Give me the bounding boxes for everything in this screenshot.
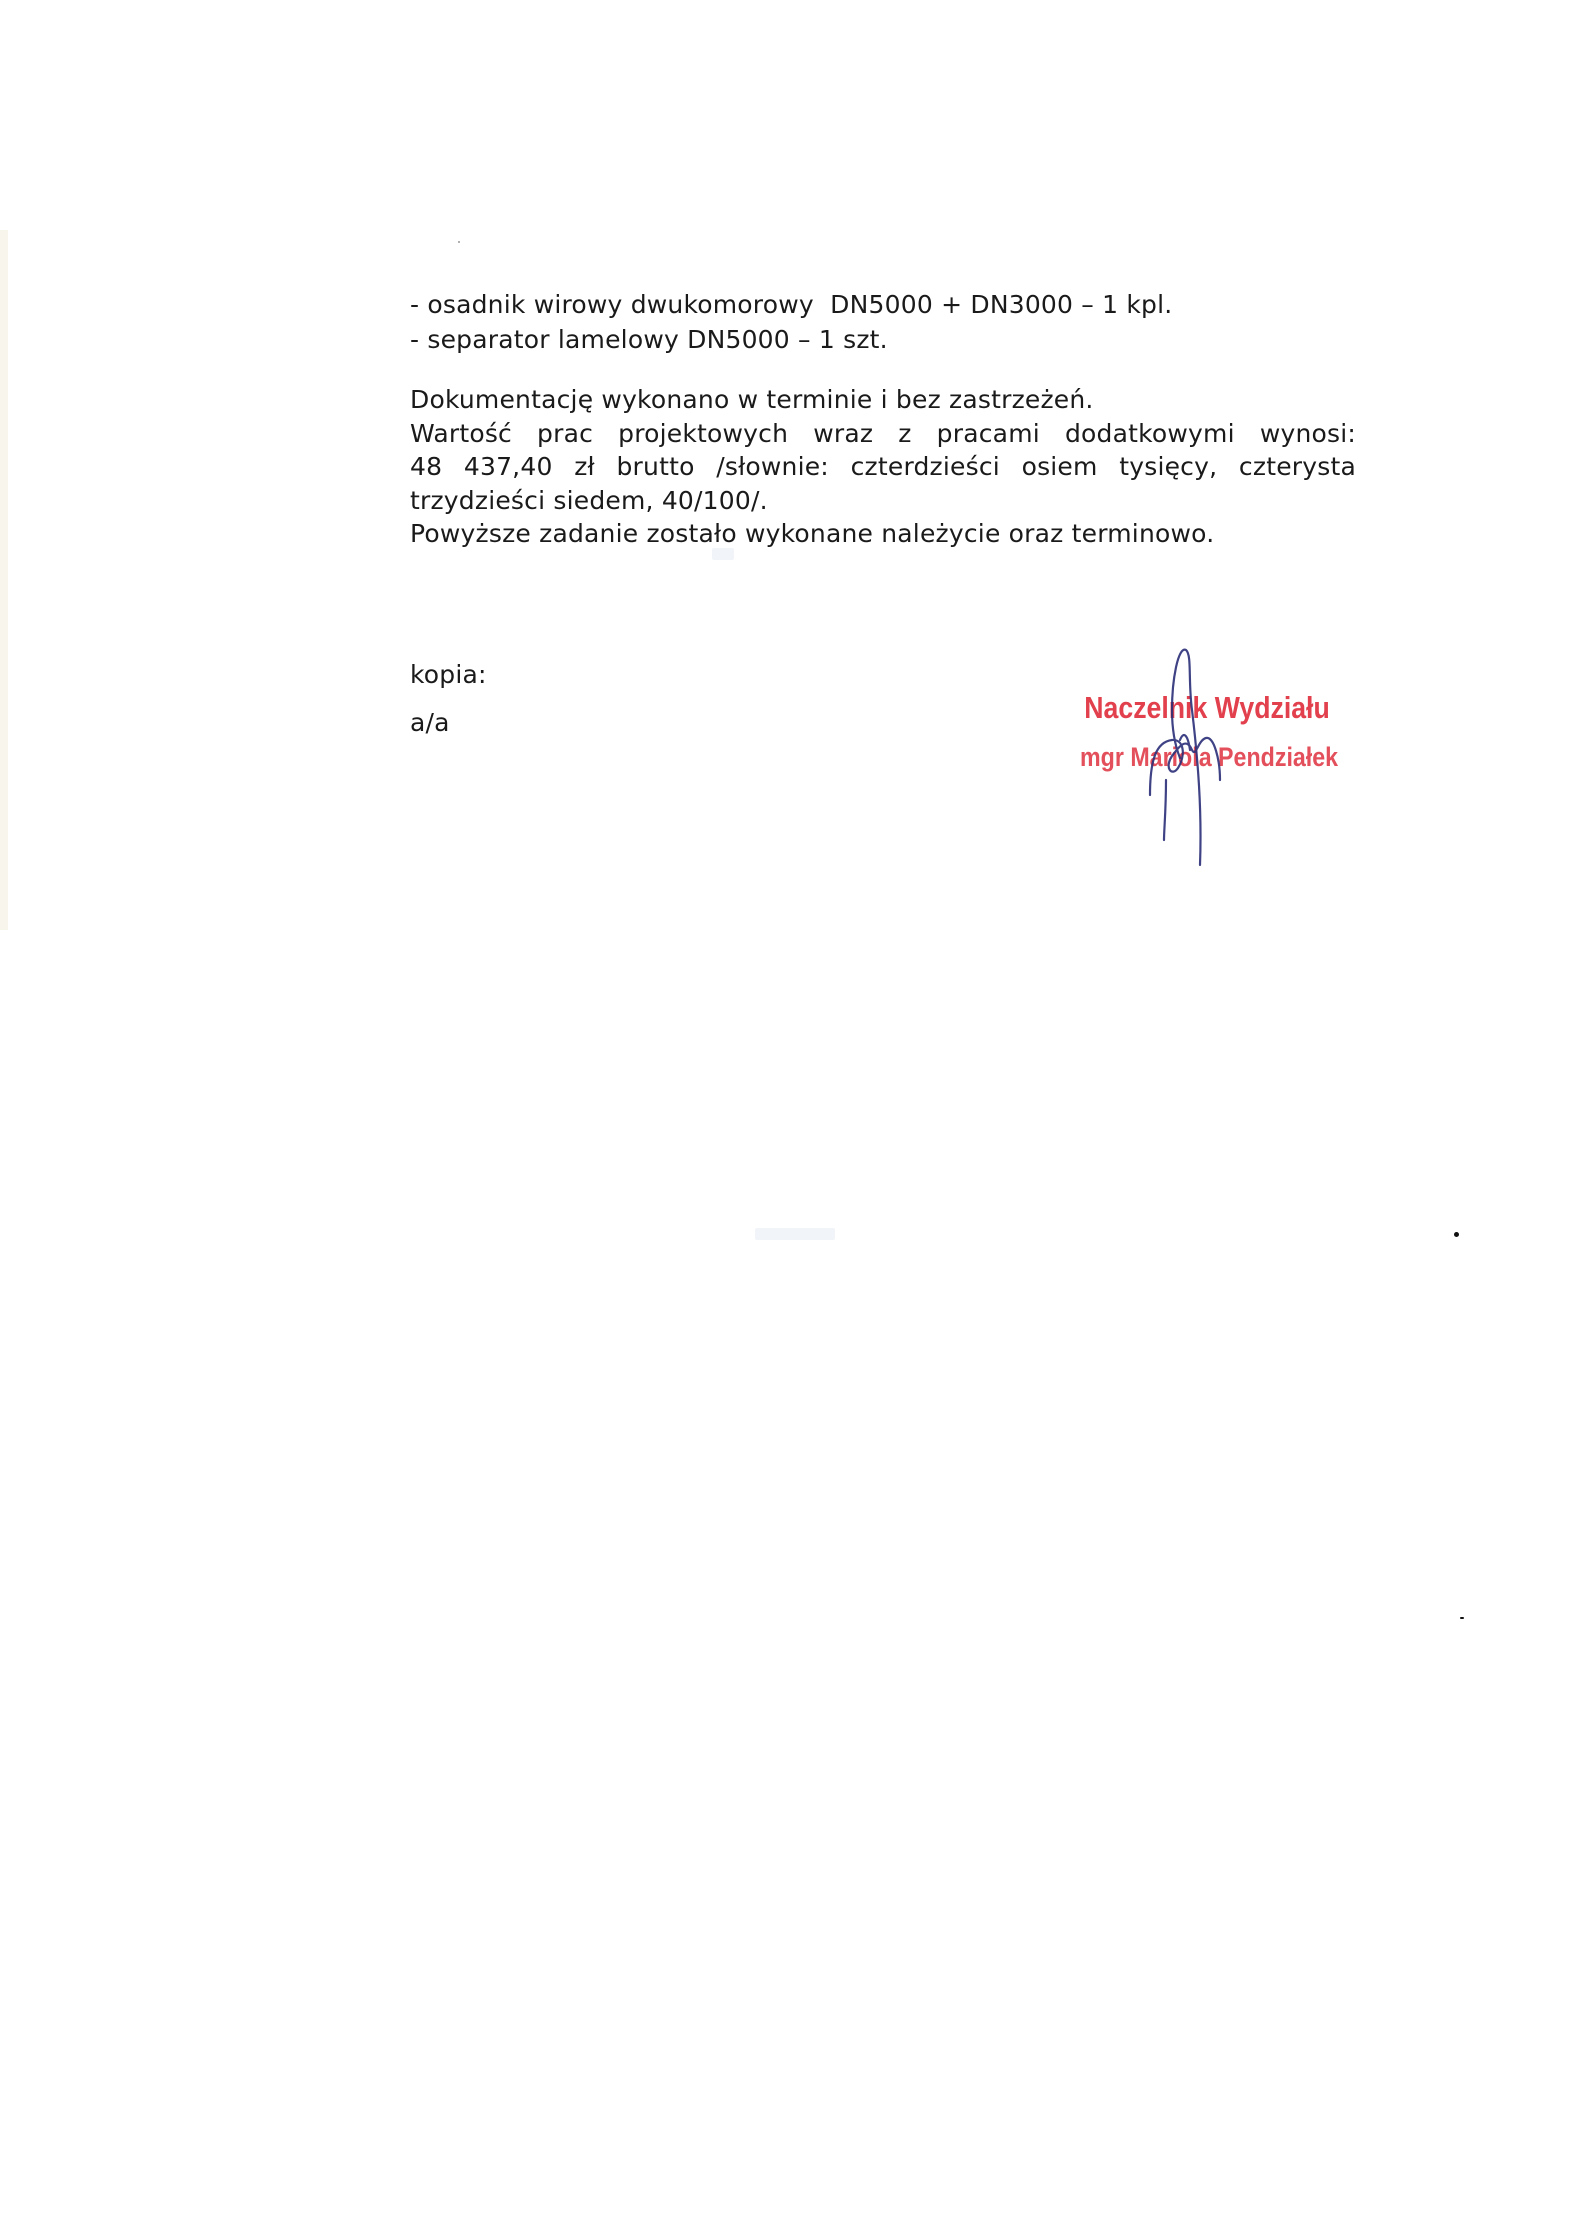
scan-speck	[1454, 1232, 1459, 1237]
paragraph-line: 48 437,40 zł brutto /słownie: czterdzieś…	[410, 450, 1356, 484]
paragraph-line: Dokumentację wykonano w terminie i bez z…	[410, 383, 1356, 417]
official-stamp: Naczelnik Wydziału mgr Mariola Pendziałe…	[1080, 690, 1312, 790]
body-paragraph: Dokumentację wykonano w terminie i bez z…	[410, 383, 1356, 551]
scan-edge-shadow	[0, 230, 8, 930]
stamp-name: mgr Mariola Pendziałek	[1080, 742, 1338, 773]
equipment-list: - osadnik wirowy dwukomorowy DN5000 + DN…	[410, 287, 1370, 357]
faint-bleedthrough	[755, 1228, 835, 1240]
faint-bleedthrough	[712, 548, 734, 560]
paragraph-line: Powyższe zadanie zostało wykonane należy…	[410, 517, 1356, 551]
paragraph-line: Wartość prac projektowych wraz z pracami…	[410, 417, 1356, 451]
paragraph-line: trzydzieści siedem, 40/100/.	[410, 484, 1356, 518]
copy-value: a/a	[410, 708, 450, 737]
list-item: - separator lamelowy DN5000 – 1 szt.	[410, 322, 1370, 357]
scan-speck	[1460, 1617, 1464, 1619]
stamp-title: Naczelnik Wydziału	[1084, 690, 1329, 726]
copy-label: kopia:	[410, 660, 487, 689]
document-page: - osadnik wirowy dwukomorowy DN5000 + DN…	[0, 0, 1588, 2213]
list-item: - osadnik wirowy dwukomorowy DN5000 + DN…	[410, 287, 1370, 322]
scan-speck	[458, 241, 460, 243]
